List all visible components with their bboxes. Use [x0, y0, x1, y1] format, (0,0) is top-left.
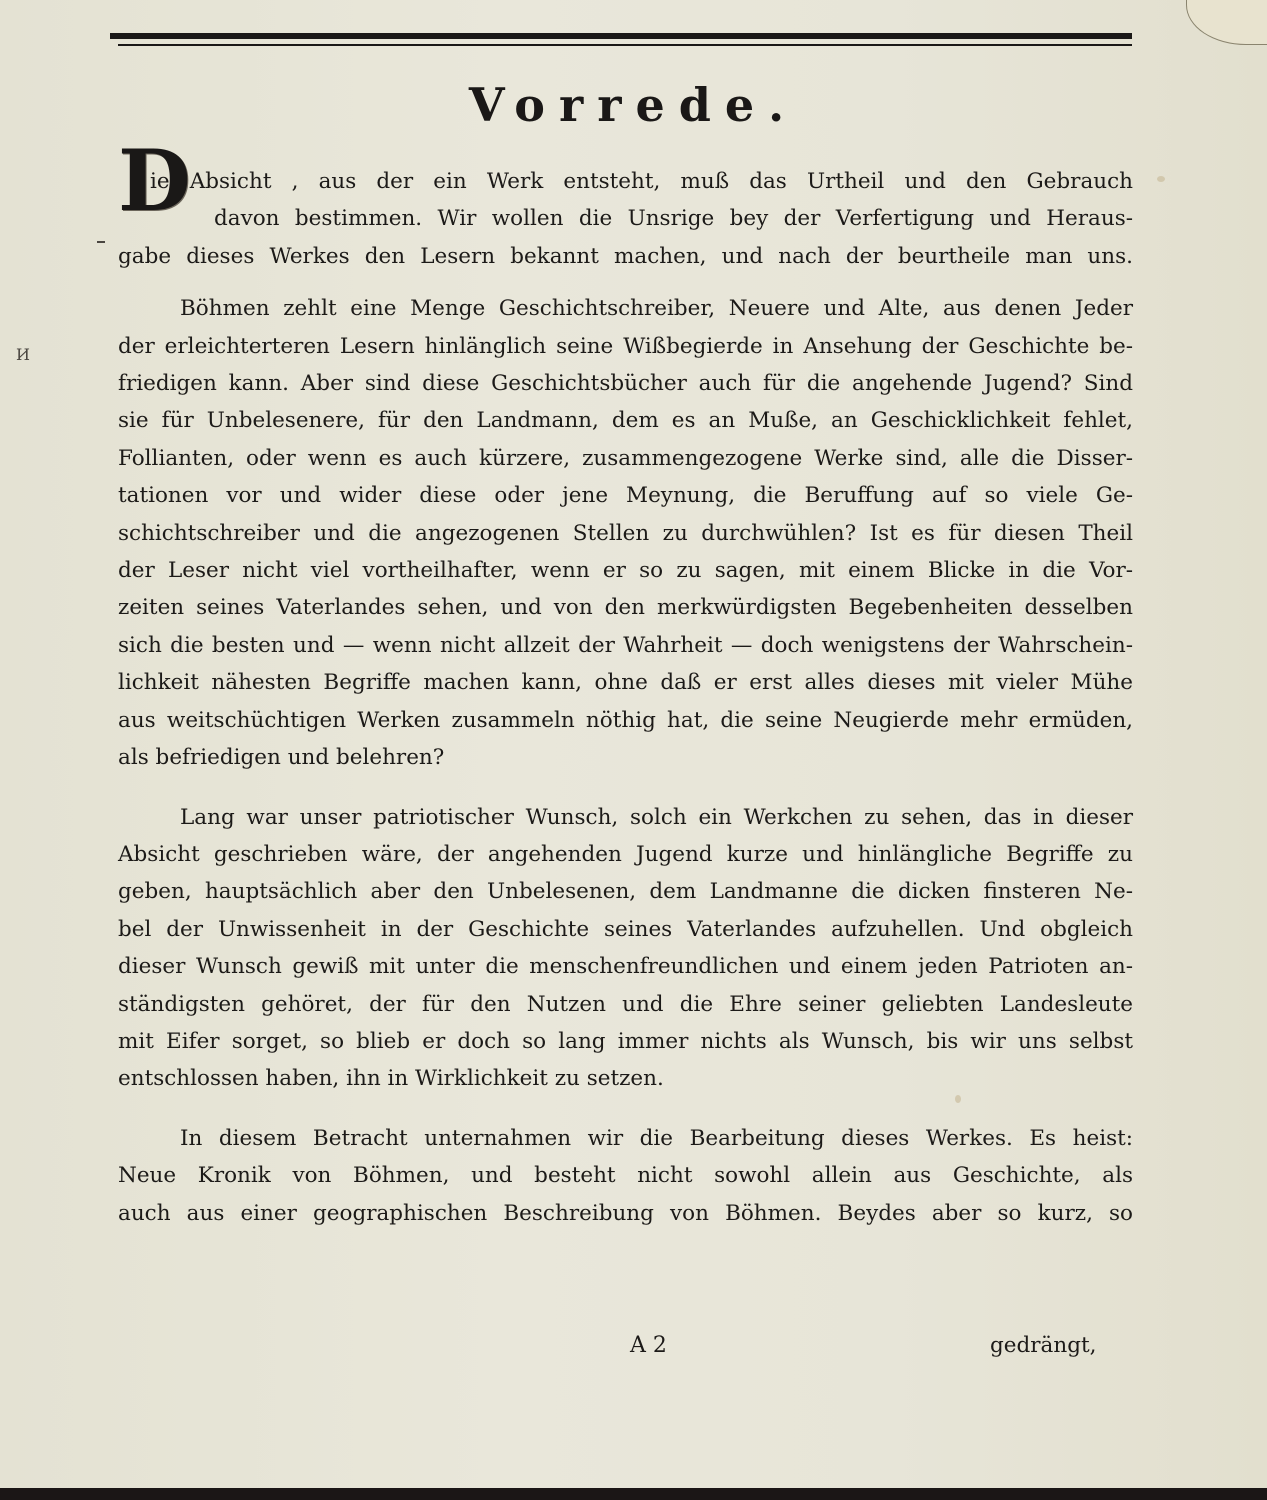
margin-dash [97, 241, 105, 243]
paper-spot [1157, 176, 1165, 182]
text-line: sich die besten und — wenn nicht allzeit… [118, 627, 1133, 664]
text-line: bel der Unwissenheit in der Geschichte s… [118, 911, 1133, 948]
text-line: der erleichterteren Lesern hinlänglich s… [118, 328, 1133, 365]
text-line: zeiten seines Vaterlandes sehen, und von… [118, 589, 1133, 626]
text-line: mit Eifer sorget, so blieb er doch so la… [118, 1023, 1133, 1060]
paragraph-1: ie Absicht , aus der ein Werk entsteht, … [118, 163, 1133, 275]
text-line: sie für Unbelesenere, für den Landmann, … [118, 402, 1133, 439]
paragraph-2: Böhmen zehlt eine Menge Geschichtschreib… [118, 290, 1133, 776]
text-line: auch aus einer geographischen Beschreibu… [118, 1195, 1133, 1232]
text-line: Neue Kronik von Böhmen, und besteht nich… [118, 1157, 1133, 1194]
text-line: gabe dieses Werkes den Lesern bekannt ma… [118, 238, 1133, 275]
text-line: lichkeit nähesten Begriffe machen kann, … [118, 664, 1133, 701]
page-bottom-edge [0, 1488, 1267, 1500]
page: Vorrede. D И ie Absicht , aus der ein We… [0, 0, 1267, 1490]
body-text: ie Absicht , aus der ein Werk entsteht, … [118, 163, 1133, 1232]
paragraph-3: Lang war unser patriotischer Wunsch, sol… [118, 799, 1133, 1098]
text-line: ie Absicht , aus der ein Werk entsteht, … [118, 163, 1133, 200]
text-line: schichtschreiber und die angezogenen Ste… [118, 515, 1133, 552]
text-line: Absicht geschrieben wäre, der angehenden… [118, 836, 1133, 873]
text-line: geben, hauptsächlich aber den Unbelesene… [118, 873, 1133, 910]
text-line: Lang war unser patriotischer Wunsch, sol… [118, 799, 1133, 836]
text-line: friedigen kann. Aber sind diese Geschich… [118, 365, 1133, 402]
text-line: der Leser nicht viel vortheilhafter, wen… [118, 552, 1133, 589]
text-line: tationen vor und wider diese oder jene M… [118, 477, 1133, 514]
header-rule-thin [118, 44, 1132, 46]
header-rule-thick [110, 33, 1132, 39]
text-line: Böhmen zehlt eine Menge Geschichtschreib… [118, 290, 1133, 327]
catchword: gedrängt, [990, 1333, 1096, 1358]
page-title: Vorrede. [0, 78, 1267, 132]
paper-spot [955, 1095, 961, 1103]
text-line: Follianten, oder wenn es auch kürzere, z… [118, 440, 1133, 477]
margin-mark: И [16, 345, 30, 364]
paragraph-4: In diesem Betracht unternahmen wir die B… [118, 1120, 1133, 1232]
text-line: davon bestimmen. Wir wollen die Unsrige … [118, 200, 1133, 237]
text-line: aus weitschüchtigen Werken zusammeln nöt… [118, 702, 1133, 739]
text-line: als befriedigen und belehren? [118, 739, 1133, 776]
signature-mark: A 2 [630, 1333, 667, 1358]
text-line: In diesem Betracht unternahmen wir die B… [118, 1120, 1133, 1157]
page-corner-fold [1186, 0, 1267, 45]
text-line: entschlossen haben, ihn in Wirklichkeit … [118, 1060, 1133, 1097]
text-line: dieser Wunsch gewiß mit unter die mensch… [118, 948, 1133, 985]
text-line: ständigsten gehöret, der für den Nutzen … [118, 986, 1133, 1023]
